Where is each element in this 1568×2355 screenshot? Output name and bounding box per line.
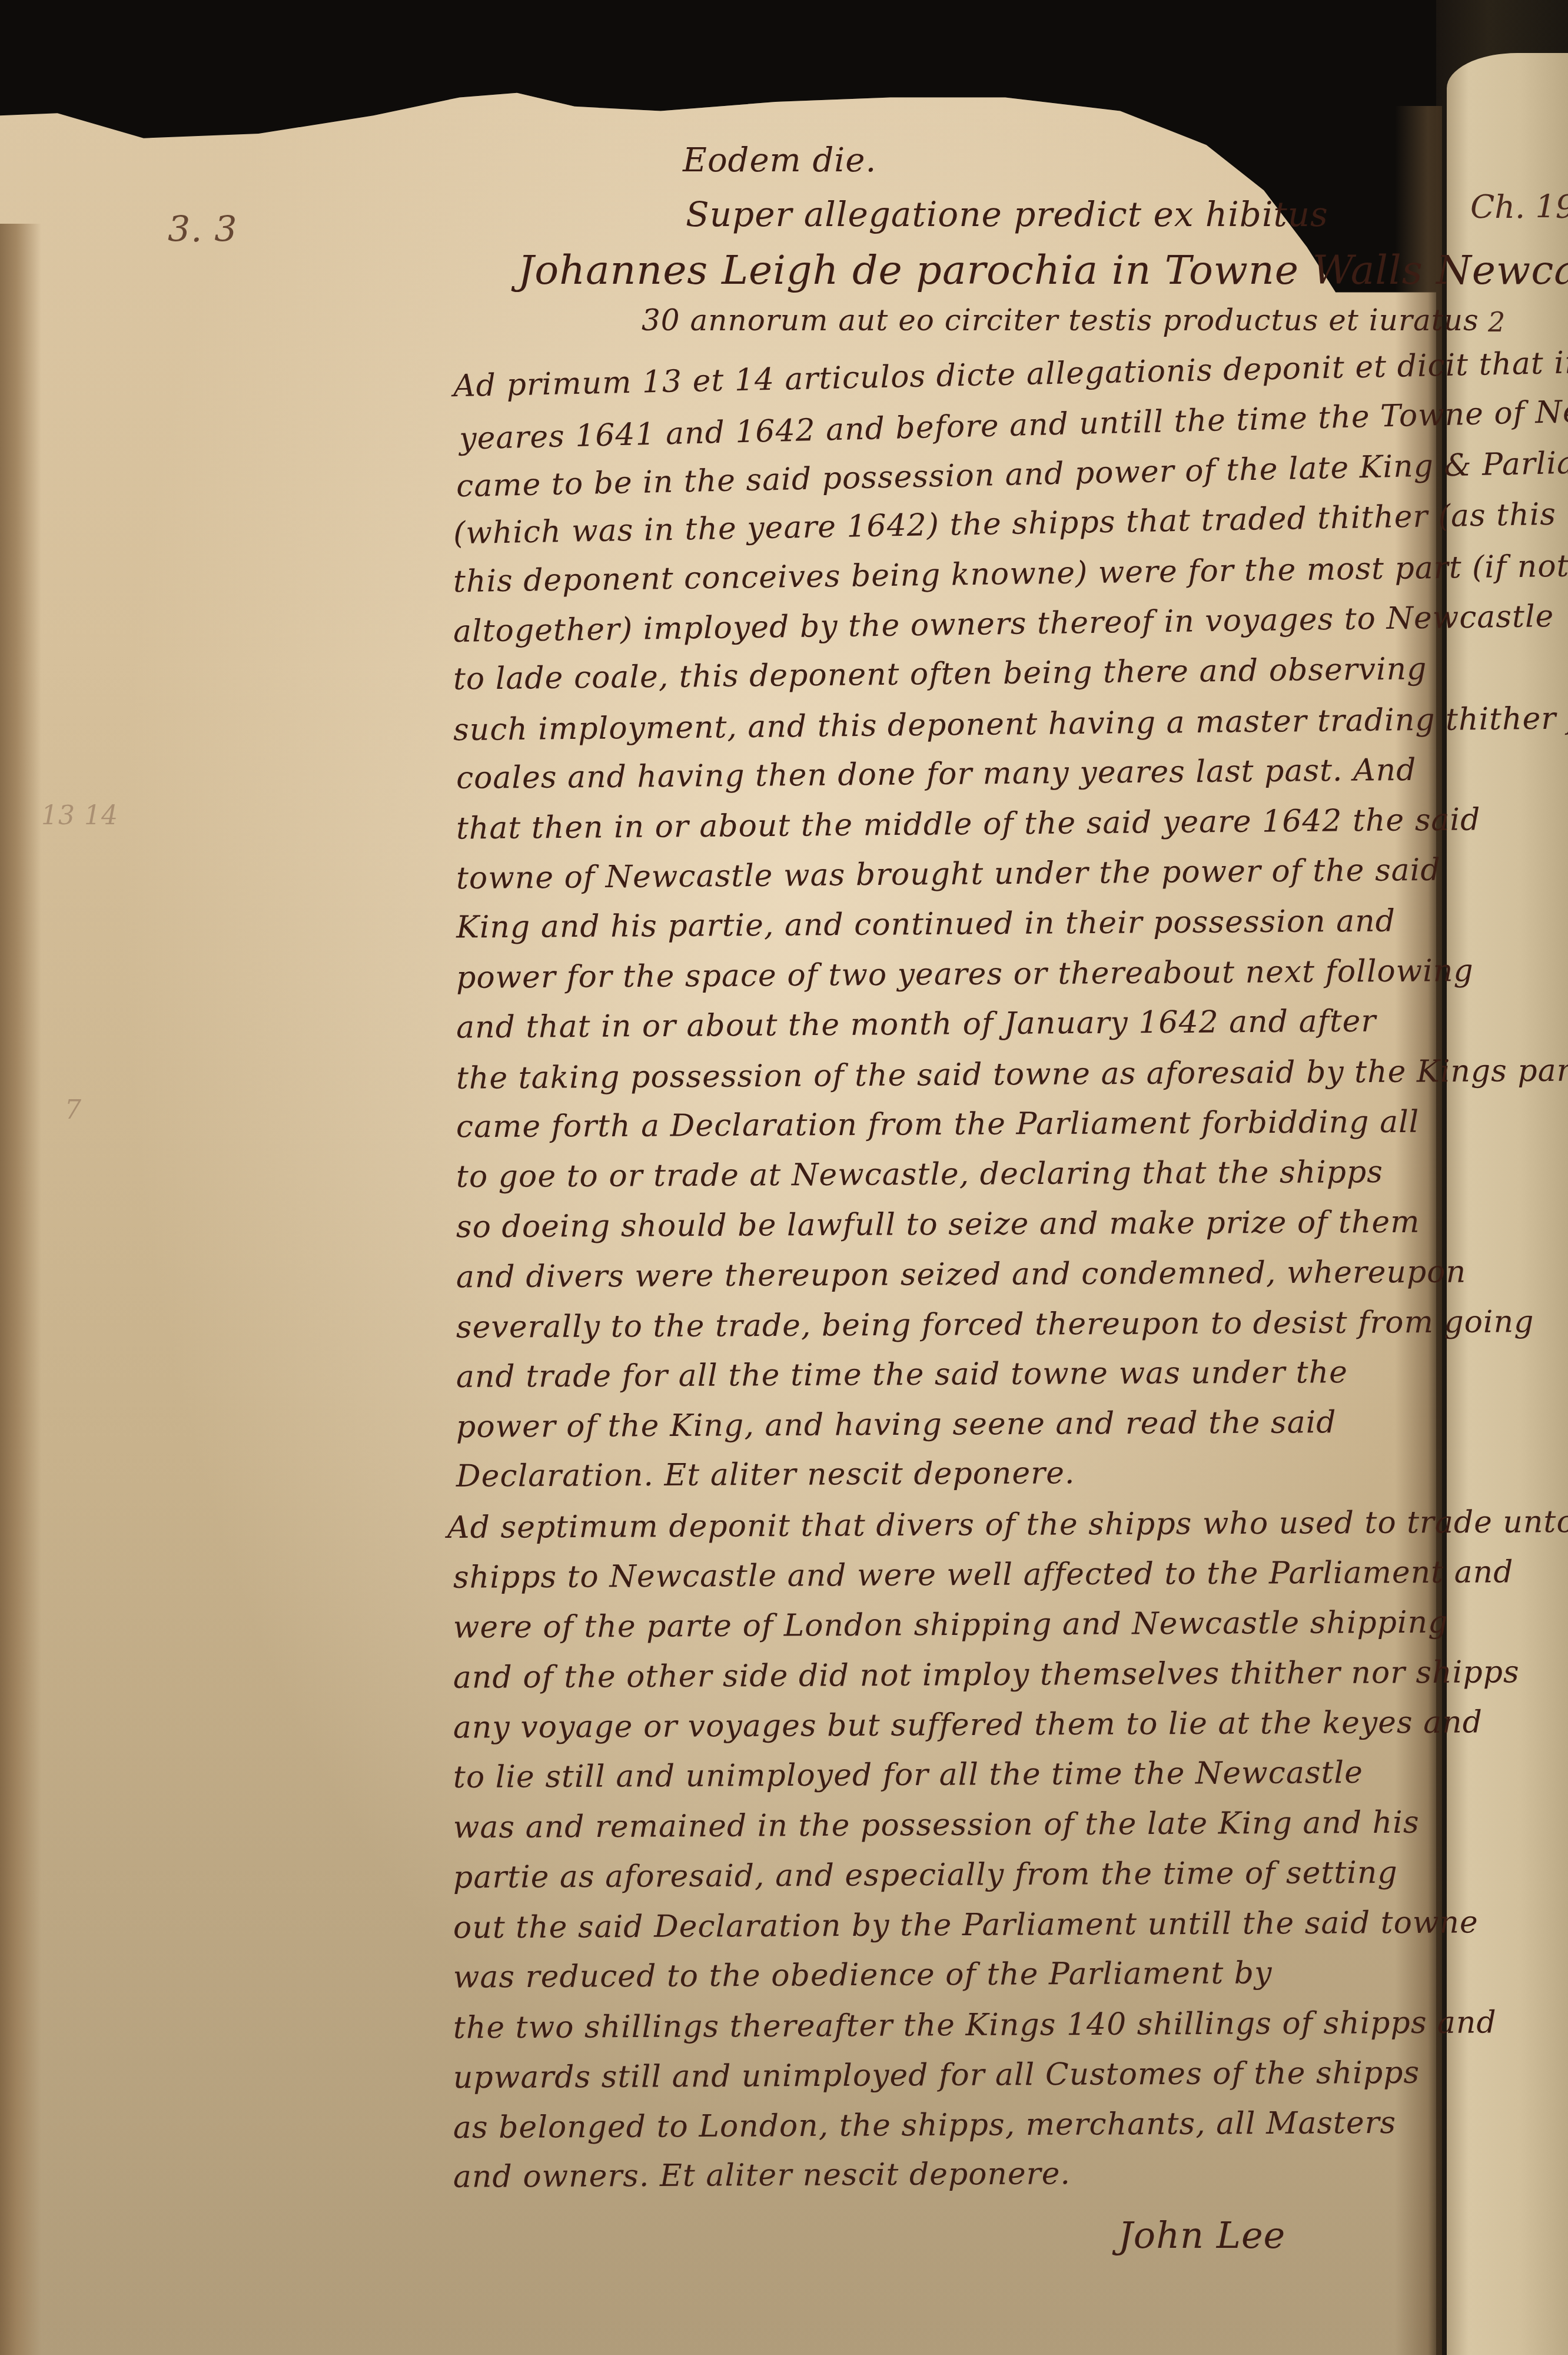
- margin-note: 13 14: [41, 801, 118, 831]
- body-line: out the said Declaration by the Parliame…: [453, 1905, 1479, 1945]
- body-line: power for the space of two yeares or the…: [456, 953, 1474, 996]
- body-line: came forth a Declaration from the Parlia…: [456, 1104, 1420, 1145]
- facing-page-mark: 2: [1488, 306, 1505, 338]
- body-line: were of the parte of London shipping and…: [453, 1605, 1449, 1646]
- heading-allegation: Super allegatione predict ex hibitus: [686, 194, 1328, 234]
- body-line: to goe to or trade at Newcastle, declari…: [456, 1155, 1383, 1195]
- folio-mark: 3. 3: [168, 209, 238, 250]
- body-line: and trade for all the time the said town…: [456, 1355, 1348, 1395]
- body-line: power of the King, and having seene and …: [456, 1405, 1337, 1445]
- deponent-name: Johannes Leigh de parochia in Towne Wall…: [518, 247, 1568, 294]
- margin-note: 7: [65, 1095, 82, 1125]
- body-line: partie as aforesaid, and especially from…: [453, 1855, 1398, 1895]
- body-line: was reduced to the obedience of the Parl…: [453, 1955, 1273, 1995]
- body-line: King and his partie, and continued in th…: [456, 903, 1396, 945]
- body-line: Ad septimum deponit that divers of the s…: [447, 1504, 1568, 1545]
- body-line: and that in or about the month of Januar…: [456, 1004, 1377, 1046]
- body-line: so doeing should be lawfull to seize and…: [456, 1205, 1420, 1245]
- body-line: as belonged to London, the shipps, merch…: [453, 2105, 1397, 2145]
- body-line: Declaration. Et aliter nescit deponere.: [456, 1455, 1075, 1494]
- body-line: upwards still and unimployed for all Cus…: [453, 2055, 1420, 2096]
- body-line: the two shillings thereafter the Kings 1…: [453, 2005, 1497, 2045]
- body-line: and divers were thereupon seized and con…: [456, 1255, 1466, 1295]
- body-line: shipps to Newcastle and were well affect…: [453, 1554, 1514, 1595]
- body-line: was and remained in the possession of th…: [453, 1805, 1420, 1846]
- body-line: any voyage or voyages but suffered them …: [453, 1704, 1483, 1745]
- signature: John Lee: [1118, 2214, 1285, 2257]
- heading-date: Eodem die.: [683, 141, 876, 180]
- body-line: to lie still and unimployed for all the …: [453, 1755, 1363, 1795]
- deponent-details: 30 annorum aut eo circiter testis produc…: [642, 303, 1479, 337]
- facing-page-mark: Ch. 19: [1470, 188, 1568, 225]
- body-line: and of the other side did not imploy the…: [453, 1654, 1520, 1695]
- body-line: severally to the trade, being forced the…: [456, 1304, 1534, 1345]
- body-line: and owners. Et aliter nescit deponere.: [453, 2156, 1071, 2194]
- page-edge-stain: [0, 224, 41, 2355]
